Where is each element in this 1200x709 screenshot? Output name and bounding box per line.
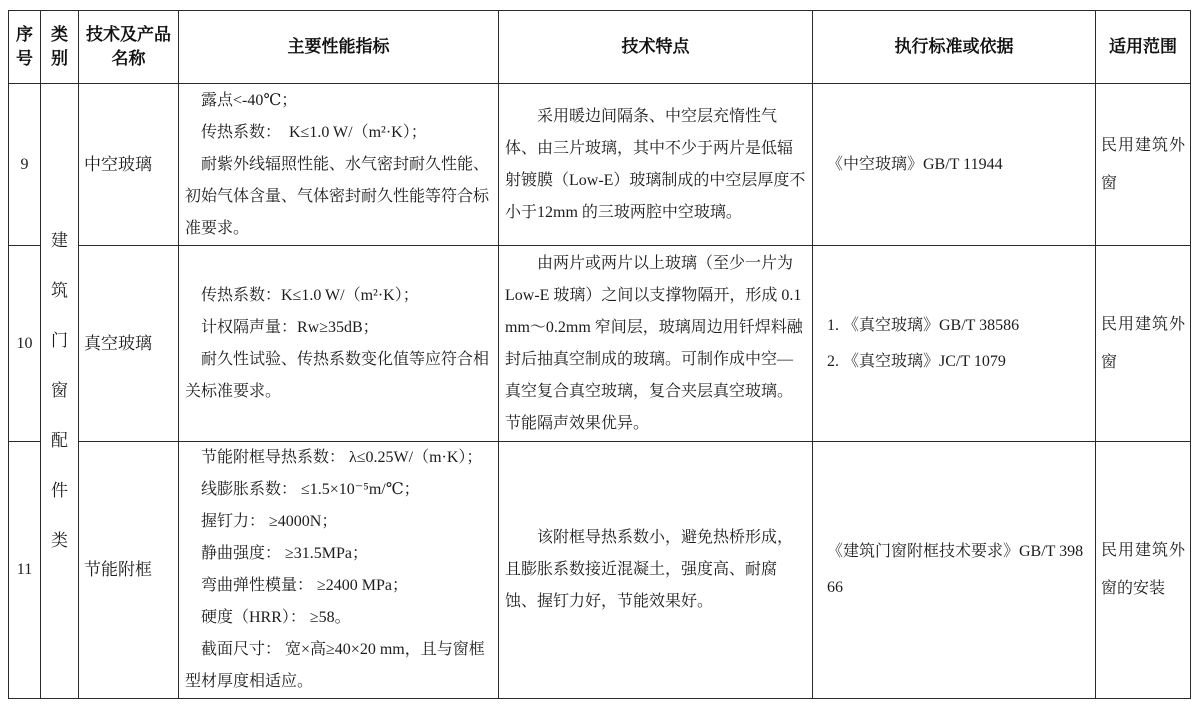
standard-line: 2. 《真空玻璃》JC/T 1079 bbox=[827, 344, 1091, 380]
scope-cell: 民用建筑外窗的安装 bbox=[1096, 442, 1191, 699]
standards-cell: 《建筑门窗附框技术要求》GB/T 39866 bbox=[813, 442, 1096, 699]
indicator-line: 耐久性试验、传热系数变化值等应符合相关标准要求。 bbox=[185, 344, 492, 408]
technical-features-cell: 由两片或两片以上玻璃（至少一片为 Low-E 玻璃）之间以支撑物隔开，形成 0.… bbox=[499, 246, 813, 442]
indicator-line: 握钉力： ≥4000N； bbox=[185, 506, 492, 538]
technical-features-cell: 采用暖边间隔条、中空层充惰性气体、由三片玻璃，其中不少于两片是低辐射镀膜（Low… bbox=[499, 84, 813, 246]
product-spec-table: 序号 类别 技术及产品名称 主要性能指标 技术特点 执行标准或依据 适用范围 9… bbox=[8, 10, 1191, 699]
standard-line: 《中空玻璃》GB/T 11944 bbox=[827, 147, 1091, 183]
feature-paragraph: 由两片或两片以上玻璃（至少一片为 Low-E 玻璃）之间以支撑物隔开，形成 0.… bbox=[505, 248, 806, 440]
feature-paragraph: 该附框导热系数小，避免热桥形成，且膨胀系数接近混凝土，强度高、耐腐蚀、握钉力好，… bbox=[505, 522, 806, 618]
indicator-line: 弯曲弹性模量： ≥2400 MPa； bbox=[185, 570, 492, 602]
product-name: 节能附框 bbox=[79, 442, 179, 699]
standards-cell: 1. 《真空玻璃》GB/T 38586 2. 《真空玻璃》JC/T 1079 bbox=[813, 246, 1096, 442]
indicator-line: 传热系数： K≤1.0 W/（m²·K）； bbox=[185, 117, 492, 149]
indicator-line: 硬度（HRR）： ≥58。 bbox=[185, 602, 492, 634]
header-cell-indicators: 主要性能指标 bbox=[179, 11, 499, 84]
header-cell-category: 类别 bbox=[41, 11, 79, 84]
performance-indicators-cell: 传热系数：K≤1.0 W/（m²·K）； 计权隔声量：Rw≥35dB； 耐久性试… bbox=[179, 246, 499, 442]
scope-cell: 民用建筑外窗 bbox=[1096, 84, 1191, 246]
indicator-line: 传热系数：K≤1.0 W/（m²·K）； bbox=[185, 280, 492, 312]
indicator-line: 耐紫外线辐照性能、水气密封耐久性能、初始气体含量、气体密封耐久性能等符合标准要求… bbox=[185, 149, 492, 245]
header-cell-features: 技术特点 bbox=[499, 11, 813, 84]
header-cell-name: 技术及产品名称 bbox=[79, 11, 179, 84]
header-cell-no: 序号 bbox=[9, 11, 41, 84]
category-label: 建筑门窗配件类 bbox=[49, 216, 70, 566]
indicator-line: 露点<-40℃； bbox=[185, 85, 492, 117]
header-row: 序号 类别 技术及产品名称 主要性能指标 技术特点 执行标准或依据 适用范围 bbox=[9, 11, 1191, 84]
indicator-line: 节能附框导热系数： λ≤0.25W/（m·K）； bbox=[185, 442, 492, 474]
indicator-line: 计权隔声量：Rw≥35dB； bbox=[185, 312, 492, 344]
indicator-line: 线膨胀系数： ≤1.5×10⁻⁵m/℃； bbox=[185, 474, 492, 506]
table-header: 序号 类别 技术及产品名称 主要性能指标 技术特点 执行标准或依据 适用范围 bbox=[9, 11, 1191, 84]
category-cell: 建筑门窗配件类 bbox=[41, 84, 79, 699]
table-row: 11 节能附框 节能附框导热系数： λ≤0.25W/（m·K）； 线膨胀系数： … bbox=[9, 442, 1191, 699]
indicator-line: 截面尺寸： 宽×高≥40×20 mm，且与窗框型材厚度相适应。 bbox=[185, 634, 492, 698]
product-name: 真空玻璃 bbox=[79, 246, 179, 442]
performance-indicators-cell: 露点<-40℃； 传热系数： K≤1.0 W/（m²·K）； 耐紫外线辐照性能、… bbox=[179, 84, 499, 246]
table-row: 10 真空玻璃 传热系数：K≤1.0 W/（m²·K）； 计权隔声量：Rw≥35… bbox=[9, 246, 1191, 442]
technical-features-cell: 该附框导热系数小，避免热桥形成，且膨胀系数接近混凝土，强度高、耐腐蚀、握钉力好，… bbox=[499, 442, 813, 699]
product-name: 中空玻璃 bbox=[79, 84, 179, 246]
row-number: 10 bbox=[9, 246, 41, 442]
header-cell-standards: 执行标准或依据 bbox=[813, 11, 1096, 84]
indicator-line: 静曲强度： ≥31.5MPa； bbox=[185, 538, 492, 570]
table-row: 9 建筑门窗配件类 中空玻璃 露点<-40℃； 传热系数： K≤1.0 W/（m… bbox=[9, 84, 1191, 246]
row-number: 11 bbox=[9, 442, 41, 699]
scope-cell: 民用建筑外窗 bbox=[1096, 246, 1191, 442]
standards-cell: 《中空玻璃》GB/T 11944 bbox=[813, 84, 1096, 246]
standard-line: 1. 《真空玻璃》GB/T 38586 bbox=[827, 308, 1091, 344]
header-cell-scope: 适用范围 bbox=[1096, 11, 1191, 84]
row-number: 9 bbox=[9, 84, 41, 246]
feature-paragraph: 采用暖边间隔条、中空层充惰性气体、由三片玻璃，其中不少于两片是低辐射镀膜（Low… bbox=[505, 101, 806, 229]
performance-indicators-cell: 节能附框导热系数： λ≤0.25W/（m·K）； 线膨胀系数： ≤1.5×10⁻… bbox=[179, 442, 499, 699]
standard-line: 《建筑门窗附框技术要求》GB/T 39866 bbox=[827, 534, 1091, 606]
